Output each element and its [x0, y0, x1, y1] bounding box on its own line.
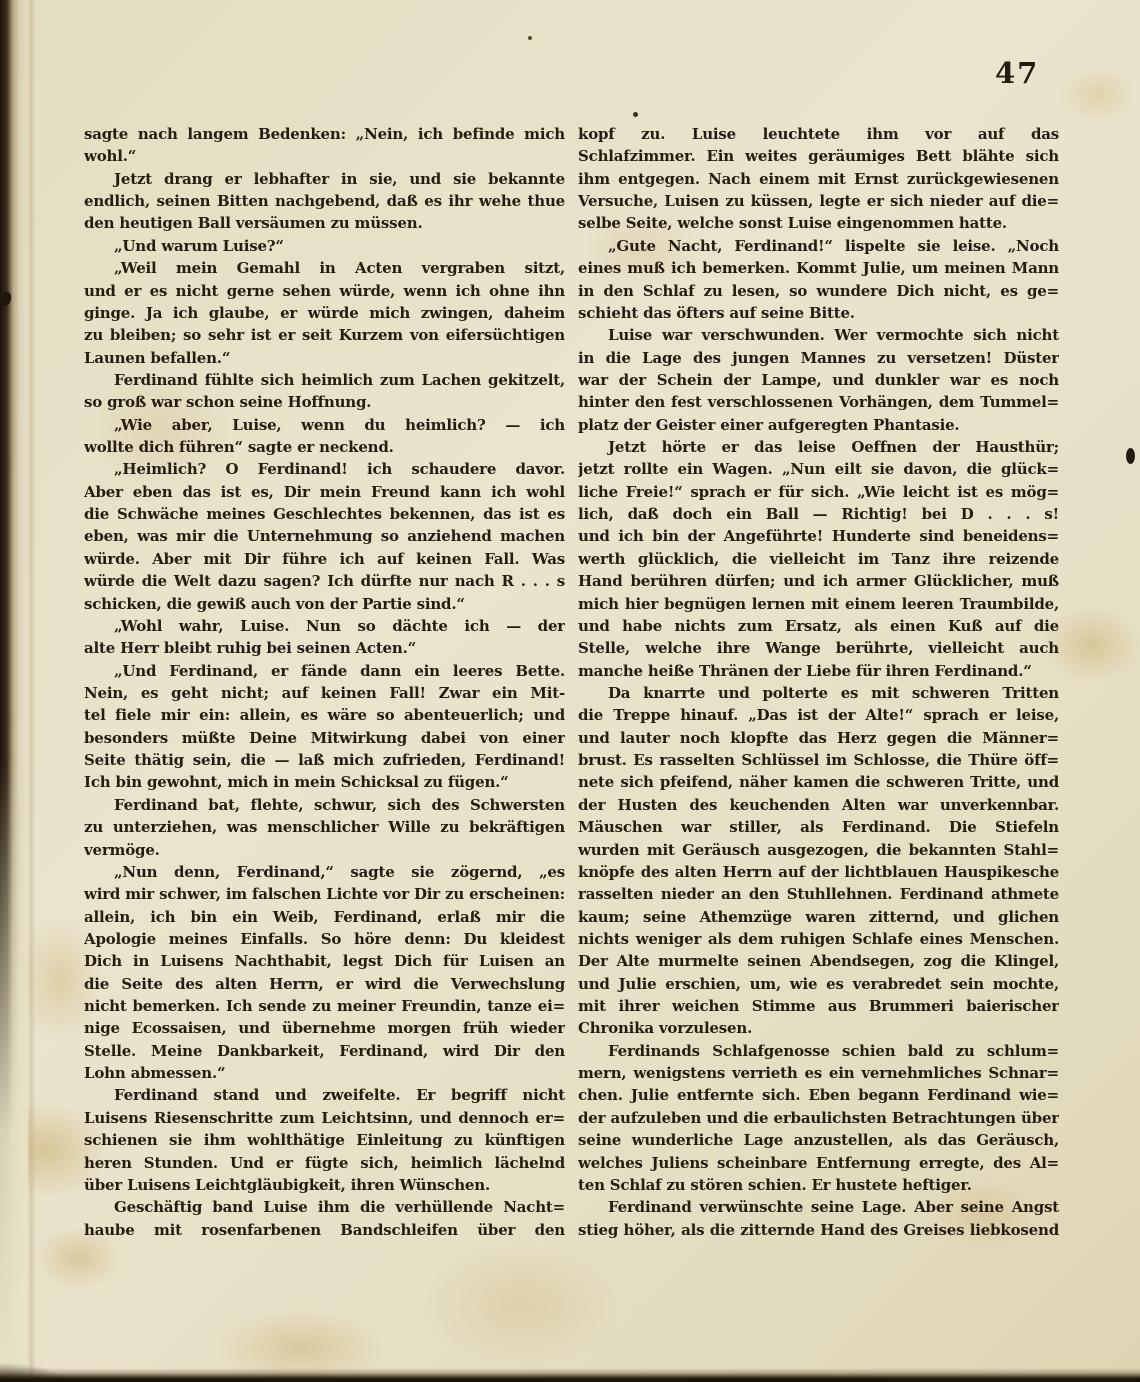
- text-line: nichts weniger als dem ruhigen Schlafe e…: [578, 928, 1059, 950]
- text-line: ginge. Ja ich glaube, er würde mich zwin…: [84, 302, 565, 324]
- text-line: nicht bemerken. Ich sende zu meiner Freu…: [84, 995, 565, 1017]
- text-line: liche Freie!“ sprach er für sich. „Wie l…: [578, 481, 1059, 503]
- text-line: Nein, es geht nicht; auf keinen Fall! Zw…: [84, 682, 565, 704]
- text-line: Ferdinand bat, flehte, schwur, sich des …: [84, 794, 565, 816]
- text-line: Luisens Riesenschritte zum Leichtsinn, u…: [84, 1107, 565, 1129]
- text-line: die Seite des alten Herrn, er wird die V…: [84, 973, 565, 995]
- text-line: Ferdinand verwünschte seine Lage. Aber s…: [578, 1196, 1059, 1218]
- book-page: 47 sagte nach langem Bedenken: „Nein, ic…: [0, 0, 1140, 1382]
- text-line: besonders müßte Deine Mitwirkung dabei v…: [84, 727, 565, 749]
- page-number: 47: [995, 56, 1039, 90]
- text-line: wurden mit Geräusch ausgezogen, die beka…: [578, 839, 1059, 861]
- text-line: „Weil mein Gemahl in Acten vergraben sit…: [84, 257, 565, 279]
- text-line: wohl.“: [84, 145, 565, 167]
- text-line: Hand berühren dürfen; und ich armer Glüc…: [578, 570, 1059, 592]
- text-line: sagte nach langem Bedenken: „Nein, ich b…: [84, 123, 565, 145]
- text-line: Seite thätig sein, die — laß mich zufrie…: [84, 749, 565, 771]
- text-line: Dich in Luisens Nachthabit, legst Dich f…: [84, 950, 565, 972]
- text-line: eben, was mir die Unternehmung so anzieh…: [84, 525, 565, 547]
- text-line: Ferdinands Schlafgenosse schien bald zu …: [578, 1040, 1059, 1062]
- text-line: wird mir schwer, im falschen Lichte vor …: [84, 883, 565, 905]
- text-line: ten Schlaf zu stören schien. Er hustete …: [578, 1174, 1059, 1196]
- ink-speck: [1126, 448, 1135, 464]
- text-line: Lohn abmessen.“: [84, 1062, 565, 1084]
- text-line: brust. Es rasselten Schlüssel im Schloss…: [578, 749, 1059, 771]
- text-line: Geschäftig band Luise ihm die verhüllend…: [84, 1196, 565, 1218]
- text-line: allein, ich bin ein Weib, Ferdinand, erl…: [84, 906, 565, 928]
- text-line: Mäuschen war stiller, als Ferdinand. Die…: [578, 816, 1059, 838]
- text-line: über Luisens Leichtgläubigkeit, ihren Wü…: [84, 1174, 565, 1196]
- text-line: alte Herr bleibt ruhig bei seinen Acten.…: [84, 637, 565, 659]
- text-line: vermöge.: [84, 839, 565, 861]
- text-line: Chronika vorzulesen.: [578, 1017, 1059, 1039]
- text-line: Aber eben das ist es, Dir mein Freund ka…: [84, 481, 565, 503]
- text-line: „Und warum Luise?“: [84, 235, 565, 257]
- text-line: „Gute Nacht, Ferdinand!“ lispelte sie le…: [578, 235, 1059, 257]
- text-line: kopf zu. Luise leuchtete ihm vor auf das…: [578, 123, 1059, 145]
- text-line: wollte dich führen“ sagte er neckend.: [84, 436, 565, 458]
- text-line: schicken, die gewiß auch von der Partie …: [84, 593, 565, 615]
- ink-speck: [633, 112, 638, 117]
- text-line: jetzt rollte ein Wagen. „Nun eilt sie da…: [578, 458, 1059, 480]
- text-line: rasselten nieder an den Stuhllehnen. Fer…: [578, 883, 1059, 905]
- text-line: heren Stunden. Und er fügte sich, heimli…: [84, 1152, 565, 1174]
- text-columns: sagte nach langem Bedenken: „Nein, ich b…: [84, 123, 1059, 1241]
- text-line: Luise war verschwunden. Wer vermochte si…: [578, 324, 1059, 346]
- binding-edge: [0, 0, 28, 1382]
- text-line: nige Ecossaisen, und übernehme morgen fr…: [84, 1017, 565, 1039]
- text-line: knöpfe des alten Herrn auf der lichtblau…: [578, 861, 1059, 883]
- text-line: Jetzt hörte er das leise Oeffnen der Hau…: [578, 436, 1059, 458]
- text-line: zu unterziehen, was menschlicher Wille z…: [84, 816, 565, 838]
- text-line: die Treppe hinauf. „Das ist der Alte!“ s…: [578, 704, 1059, 726]
- text-line: seine wunderliche Lage anzustellen, als …: [578, 1129, 1059, 1151]
- text-line: mich hier begnügen lernen mit einem leer…: [578, 593, 1059, 615]
- text-line: schieht das öfters auf seine Bitte.: [578, 302, 1059, 324]
- text-line: die Schwäche meines Geschlechtes bekenne…: [84, 503, 565, 525]
- text-line: „Nun denn, Ferdinand,“ sagte sie zögernd…: [84, 861, 565, 883]
- column-right: kopf zu. Luise leuchtete ihm vor auf das…: [578, 123, 1059, 1241]
- text-line: Ferdinand fühlte sich heimlich zum Lache…: [84, 369, 565, 391]
- text-line: mern, wenigstens verrieth es ein vernehm…: [578, 1062, 1059, 1084]
- text-line: und habe nichts zum Ersatz, als einen Ku…: [578, 615, 1059, 637]
- column-left: sagte nach langem Bedenken: „Nein, ich b…: [84, 123, 565, 1241]
- text-line: Versuche, Luisen zu küssen, legte er sic…: [578, 190, 1059, 212]
- text-line: tel fiele mir ein: allein, es wäre so ab…: [84, 704, 565, 726]
- text-line: und ich bin der Angeführte! Hunderte sin…: [578, 525, 1059, 547]
- text-line: „Wohl wahr, Luise. Nun so dächte ich — d…: [84, 615, 565, 637]
- text-line: nete sich pfeifend, näher kamen die schw…: [578, 771, 1059, 793]
- text-line: welches Juliens scheinbare Entfernung er…: [578, 1152, 1059, 1174]
- text-line: chen. Julie entfernte sich. Eben begann …: [578, 1084, 1059, 1106]
- page-bottom-edge: [0, 1368, 1140, 1382]
- text-line: würde die Welt dazu sagen? Ich dürfte nu…: [84, 570, 565, 592]
- text-line: „Und Ferdinand, er fände dann ein leeres…: [84, 660, 565, 682]
- text-line: Stelle. Meine Dankbarkeit, Ferdinand, wi…: [84, 1040, 565, 1062]
- text-line: „Heimlich? O Ferdinand! ich schaudere da…: [84, 458, 565, 480]
- text-line: würde. Aber mit Dir führe ich auf keinen…: [84, 548, 565, 570]
- text-line: hinter den fest verschlossenen Vorhängen…: [578, 391, 1059, 413]
- text-line: eines muß ich bemerken. Kommt Julie, um …: [578, 257, 1059, 279]
- text-line: ihm entgegen. Nach einem mit Ernst zurüc…: [578, 168, 1059, 190]
- text-line: der Husten des keuchenden Alten war unve…: [578, 794, 1059, 816]
- text-line: Der Alte murmelte seinen Abendsegen, zog…: [578, 950, 1059, 972]
- text-line: Ich bin gewohnt, mich in mein Schicksal …: [84, 771, 565, 793]
- text-line: haube mit rosenfarbenen Bandschleifen üb…: [84, 1219, 565, 1241]
- text-line: der aufzuleben und die erbaulichsten Bet…: [578, 1107, 1059, 1129]
- text-line: den heutigen Ball versäumen zu müssen.: [84, 212, 565, 234]
- text-line: „Wie aber, Luise, wenn du heimlich? — ic…: [84, 414, 565, 436]
- text-line: und lauter noch klopfte das Herz gegen d…: [578, 727, 1059, 749]
- text-line: mit ihrer weichen Stimme aus Brummeri ba…: [578, 995, 1059, 1017]
- text-line: kaum; seine Athemzüge waren zitternd, un…: [578, 906, 1059, 928]
- text-line: schienen sie ihm wohlthätige Einleitung …: [84, 1129, 565, 1151]
- text-line: Apologie meines Einfalls. So höre denn: …: [84, 928, 565, 950]
- text-line: lich, daß doch ein Ball — Richtig! bei D…: [578, 503, 1059, 525]
- text-line: so groß war schon seine Hoffnung.: [84, 391, 565, 413]
- text-line: zu bleiben; so sehr ist er seit Kurzem v…: [84, 324, 565, 346]
- text-line: selbe Seite, welche sonst Luise eingenom…: [578, 212, 1059, 234]
- text-line: platz der Geister einer aufgeregten Phan…: [578, 414, 1059, 436]
- text-line: stieg höher, als die zitternde Hand des …: [578, 1219, 1059, 1241]
- text-line: in den Schlaf zu lesen, so wundere Dich …: [578, 280, 1059, 302]
- text-line: manche heiße Thränen der Liebe für ihren…: [578, 660, 1059, 682]
- text-line: Launen befallen.“: [84, 347, 565, 369]
- text-line: Jetzt drang er lebhafter in sie, und sie…: [84, 168, 565, 190]
- text-line: Schlafzimmer. Ein weites geräumiges Bett…: [578, 145, 1059, 167]
- text-line: Da knarrte und polterte es mit schweren …: [578, 682, 1059, 704]
- ink-speck: [528, 36, 532, 40]
- text-line: endlich, seinen Bitten nachgebend, daß e…: [84, 190, 565, 212]
- text-line: und er es nicht gerne sehen würde, wenn …: [84, 280, 565, 302]
- text-line: Stelle, welche ihre Wange berührte, viel…: [578, 637, 1059, 659]
- text-line: in die Lage des jungen Mannes zu versetz…: [578, 347, 1059, 369]
- text-line: werth glücklich, die vielleicht im Tanz …: [578, 548, 1059, 570]
- text-line: war der Schein der Lampe, und dunkler wa…: [578, 369, 1059, 391]
- text-line: und Julie erschien, um, wie es verabrede…: [578, 973, 1059, 995]
- text-line: Ferdinand stand und zweifelte. Er begrif…: [84, 1084, 565, 1106]
